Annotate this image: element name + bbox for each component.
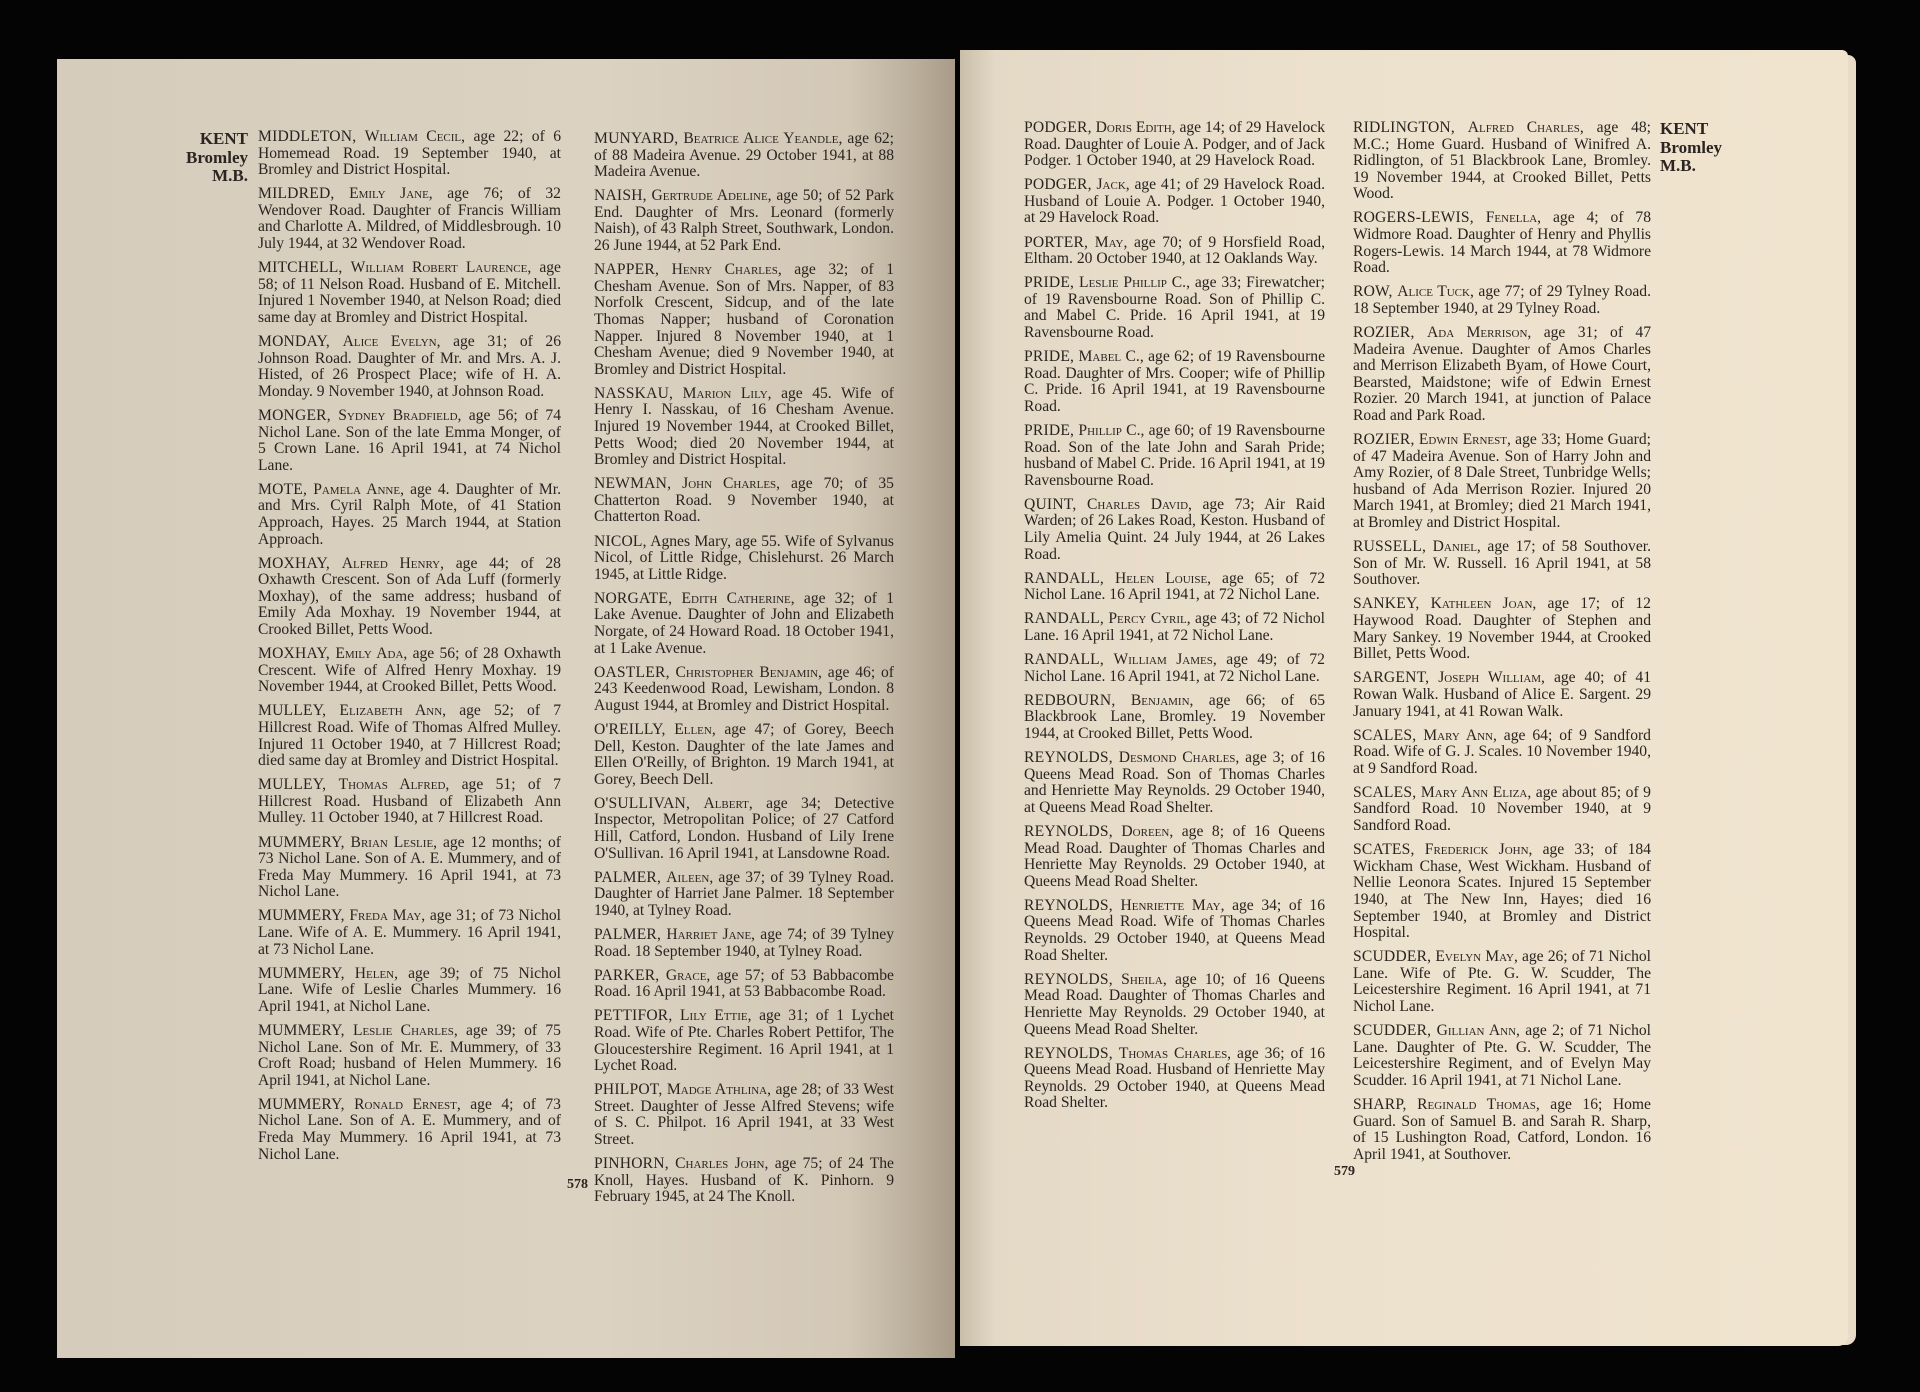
entry-given-names: Ada Merrison, [1427, 324, 1531, 341]
entry-given-names: Ellen, [674, 721, 716, 738]
entry-surname: NORGATE, [594, 590, 672, 607]
entry-surname: PODGER, [1024, 176, 1092, 193]
entry-surname: MOXHAY, [258, 555, 330, 572]
entry-surname: PALMER, [594, 926, 661, 943]
entry-surname: MOTE, [258, 481, 307, 498]
entry-surname: REYNOLDS, [1024, 897, 1113, 914]
entry-given-names: Emily Ada, [335, 645, 407, 662]
entry-given-names: Mary Ann Eliza, [1421, 784, 1531, 801]
casualty-entry: RANDALL, William James, age 49; of 72 Ni… [1024, 652, 1325, 685]
county-label: KENT [1660, 120, 1770, 139]
entry-given-names: Alfred Charles, [1468, 119, 1584, 136]
entry-surname: MULLEY, [258, 776, 326, 793]
casualty-entry: MOXHAY, Alfred Henry, age 44; of 28 Oxha… [258, 556, 561, 639]
entry-surname: RANDALL, [1024, 610, 1104, 627]
casualty-entry: RANDALL, Percy Cyril, age 43; of 72 Nich… [1024, 611, 1325, 644]
entry-surname: MUMMERY, [258, 1096, 345, 1113]
entry-given-names: Charles David, [1087, 496, 1192, 513]
right-margin-label: KENT Bromley M.B. [1660, 120, 1770, 176]
casualty-entry: PALMER, Aileen, age 37; of 39 Tylney Roa… [594, 870, 894, 920]
entry-surname: ROW, [1353, 283, 1393, 300]
entry-given-names: Helen Louise, [1115, 570, 1211, 587]
entry-given-names: Thomas Alfred, [339, 776, 450, 793]
entry-given-names: Benjamin, [1131, 692, 1194, 709]
entry-surname: REYNOLDS, [1024, 1045, 1113, 1062]
entry-surname: ROZIER, [1353, 431, 1415, 448]
casualty-entry: REYNOLDS, Thomas Charles, age 36; of 16 … [1024, 1046, 1325, 1112]
casualty-entry: PARKER, Grace, age 57; of 53 Babbacombe … [594, 968, 894, 1001]
entry-surname: SANKEY, [1353, 595, 1420, 612]
casualty-entry: RIDLINGTON, Alfred Charles, age 48; M.C.… [1353, 120, 1651, 203]
entry-given-names: Aileen, [666, 869, 713, 886]
entry-given-names: Alfred Henry, [342, 555, 444, 572]
entry-given-names: Elizabeth Ann, [339, 702, 446, 719]
entry-surname: NEWMAN, [594, 475, 671, 492]
entry-surname: MUMMERY, [258, 1022, 345, 1039]
entry-given-names: Gertrude Adeline, [652, 187, 772, 204]
entry-surname: REYNOLDS, [1024, 749, 1113, 766]
entry-surname: REYNOLDS, [1024, 971, 1113, 988]
district-type-label: M.B. [1660, 157, 1770, 176]
casualty-entry: ROGERS-LEWIS, Fenella, age 4; of 78 Widm… [1353, 210, 1651, 276]
entry-given-names: Daniel, [1433, 538, 1481, 555]
entry-surname: MONGER, [258, 407, 331, 424]
entry-given-names: Reginald Thomas, [1417, 1096, 1540, 1113]
entry-surname: SCALES, [1353, 727, 1416, 744]
entry-surname: MULLEY, [258, 702, 326, 719]
entry-given-names: Mabel C., [1079, 348, 1144, 365]
entry-surname: MITCHELL, [258, 259, 343, 276]
entry-surname: MUMMERY, [258, 965, 345, 982]
entry-given-names: Fenella, [1486, 209, 1541, 226]
casualty-entry: OASTLER, Christopher Benjamin, age 46; o… [594, 665, 894, 715]
entry-given-names: Doris Edith, [1096, 119, 1176, 136]
casualty-entry: MOXHAY, Emily Ada, age 56; of 28 Oxhawth… [258, 646, 561, 696]
left-margin-label: KENT Bromley M.B. [140, 130, 248, 186]
casualty-entry: NAPPER, Henry Charles, age 32; of 1 Ches… [594, 262, 894, 378]
casualty-entry: MUNYARD, Beatrice Alice Yeandle, age 62;… [594, 131, 894, 181]
casualty-entry: PINHORN, Charles John, age 75; of 24 The… [594, 1156, 894, 1206]
entry-given-names: Thomas Charles, [1119, 1045, 1231, 1062]
casualty-entry: NAISH, Gertrude Adeline, age 50; of 52 P… [594, 188, 894, 254]
entry-given-names: John Charles, [682, 475, 780, 492]
entry-given-names: Grace, [666, 967, 711, 984]
entry-given-names: Percy Cyril, [1108, 610, 1190, 627]
casualty-entry: REDBOURN, Benjamin, age 66; of 65 Blackb… [1024, 693, 1325, 743]
casualty-entry: MULLEY, Thomas Alfred, age 51; of 7 Hill… [258, 777, 561, 827]
entry-given-names: Sydney Bradfield, [338, 407, 461, 424]
entry-given-names: Pamela Anne, [313, 481, 404, 498]
entry-given-names: William Robert Laurence, [351, 259, 532, 276]
entry-surname: PALMER, [594, 869, 661, 886]
casualty-entry: REYNOLDS, Sheila, age 10; of 16 Queens M… [1024, 972, 1325, 1038]
entry-surname: NAPPER, [594, 261, 659, 278]
entry-given-names: Christopher Benjamin, [676, 664, 822, 681]
entry-surname: PODGER, [1024, 119, 1092, 136]
entry-given-names: Ronald Ernest, [354, 1096, 461, 1113]
entry-given-names: Edwin Ernest, [1419, 431, 1511, 448]
entry-surname: MONDAY, [258, 333, 330, 350]
district-label: Bromley [1660, 139, 1770, 158]
entry-surname: RIDLINGTON, [1353, 119, 1455, 136]
entry-surname: NAISH, [594, 187, 647, 204]
casualty-entry: SARGENT, Joseph William, age 40; of 41 R… [1353, 670, 1651, 720]
casualty-entry: REYNOLDS, Henriette May, age 34; of 16 Q… [1024, 898, 1325, 964]
entry-given-names: Alice Evelyn, [343, 333, 441, 350]
entry-surname: ROZIER, [1353, 324, 1415, 341]
casualty-entry: PRIDE, Mabel C., age 62; of 19 Ravensbou… [1024, 349, 1325, 415]
entry-given-names: Alice Tuck, [1397, 283, 1474, 300]
casualty-entry: PALMER, Harriet Jane, age 74; of 39 Tyln… [594, 927, 894, 960]
entry-surname: NICOL, [594, 533, 647, 550]
casualty-entry: SCUDDER, Evelyn May, age 26; of 71 Nicho… [1353, 949, 1651, 1015]
entry-given-names: Kathleen Joan, [1431, 595, 1537, 612]
entry-surname: SCUDDER, [1353, 948, 1431, 965]
left-page-column-2: MUNYARD, Beatrice Alice Yeandle, age 62;… [594, 131, 894, 1213]
entry-surname: O'REILLY, [594, 721, 666, 738]
left-page-column-1: MIDDLETON, William Cecil, age 22; of 6 H… [258, 129, 561, 1171]
entry-given-names: Charles John, [675, 1155, 768, 1172]
casualty-entry: MUMMERY, Helen, age 39; of 75 Nichol Lan… [258, 966, 561, 1016]
entry-surname: SARGENT, [1353, 669, 1429, 686]
entry-surname: ROGERS-LEWIS, [1353, 209, 1474, 226]
entry-given-names: Desmond Charles, [1119, 749, 1240, 766]
entry-surname: RANDALL, [1024, 570, 1104, 587]
entry-surname: PARKER, [594, 967, 659, 984]
casualty-entry: REYNOLDS, Doreen, age 8; of 16 Queens Me… [1024, 824, 1325, 890]
district-type-label: M.B. [140, 167, 248, 186]
casualty-entry: MIDDLETON, William Cecil, age 22; of 6 H… [258, 129, 561, 179]
entry-given-names: Helen, [355, 965, 398, 982]
county-label: KENT [140, 130, 248, 149]
entry-given-names: Jack, [1096, 176, 1129, 193]
casualty-entry: O'REILLY, Ellen, age 47; of Gorey, Beech… [594, 722, 894, 788]
entry-surname: REDBOURN, [1024, 692, 1115, 709]
casualty-entry: MUMMERY, Brian Leslie, age 12 months; of… [258, 835, 561, 901]
casualty-entry: ROZIER, Ada Merrison, age 31; of 47 Made… [1353, 325, 1651, 425]
casualty-entry: MUMMERY, Freda May, age 31; of 73 Nichol… [258, 908, 561, 958]
entry-surname: PRIDE, [1024, 348, 1074, 365]
entry-given-names: Frederick John, [1425, 841, 1533, 858]
casualty-entry: SCALES, Mary Ann Eliza, age about 85; of… [1353, 785, 1651, 835]
casualty-entry: NORGATE, Edith Catherine, age 32; of 1 L… [594, 591, 894, 657]
entry-surname: RUSSELL, [1353, 538, 1426, 555]
casualty-entry: MULLEY, Elizabeth Ann, age 52; of 7 Hill… [258, 703, 561, 769]
entry-surname: MUNYARD, [594, 130, 678, 147]
entry-given-names: Albert, [703, 795, 752, 812]
entry-surname: RANDALL, [1024, 651, 1104, 668]
entry-surname: O'SULLIVAN, [594, 795, 690, 812]
casualty-entry: SCATES, Frederick John, age 33; of 184 W… [1353, 842, 1651, 942]
entry-given-names: William Cecil, [365, 128, 465, 145]
casualty-entry: ROW, Alice Tuck, age 77; of 29 Tylney Ro… [1353, 284, 1651, 317]
entry-surname: REYNOLDS, [1024, 823, 1113, 840]
right-page-column-1: PODGER, Doris Edith, age 14; of 29 Havel… [1024, 120, 1325, 1119]
entry-given-names: Mary Ann, [1423, 727, 1497, 744]
entry-surname: NASSKAU, [594, 385, 673, 402]
casualty-entry: SANKEY, Kathleen Joan, age 17; of 12 Hay… [1353, 596, 1651, 662]
entry-surname: PHILPOT, [594, 1081, 662, 1098]
entry-given-names: Leslie Phillip C., [1079, 274, 1190, 291]
entry-given-names: Gillian Ann, [1437, 1022, 1520, 1039]
entry-given-names: Lily Ettie, [680, 1007, 752, 1024]
casualty-entry: PETTIFOR, Lily Ettie, age 31; of 1 Lyche… [594, 1008, 894, 1074]
entry-surname: SCUDDER, [1353, 1022, 1431, 1039]
entry-surname: MIDDLETON, [258, 128, 356, 145]
casualty-entry: RANDALL, Helen Louise, age 65; of 72 Nic… [1024, 571, 1325, 604]
casualty-entry: MOTE, Pamela Anne, age 4. Daughter of Mr… [258, 482, 561, 548]
casualty-entry: NEWMAN, John Charles, age 70; of 35 Chat… [594, 476, 894, 526]
entry-surname: PORTER, [1024, 234, 1088, 251]
entry-given-names: Leslie Charles, [353, 1022, 458, 1039]
entry-surname: QUINT, [1024, 496, 1076, 513]
casualty-entry: MUMMERY, Ronald Ernest, age 4; of 73 Nic… [258, 1097, 561, 1163]
entry-surname: MILDRED, [258, 185, 335, 202]
entry-given-names: Evelyn May, [1435, 948, 1517, 965]
entry-given-names: Harriet Jane, [666, 926, 755, 943]
entry-surname: OASTLER, [594, 664, 670, 681]
casualty-entry: SCALES, Mary Ann, age 64; of 9 Sandford … [1353, 728, 1651, 778]
entry-given-names: Henry Charles, [672, 261, 782, 278]
casualty-entry: SCUDDER, Gillian Ann, age 2; of 71 Nicho… [1353, 1023, 1651, 1089]
entry-given-names: Phillip C., [1078, 422, 1144, 439]
casualty-entry: ROZIER, Edwin Ernest, age 33; Home Guard… [1353, 432, 1651, 532]
entry-surname: MUMMERY, [258, 834, 345, 851]
entry-given-names: Joseph William, [1438, 669, 1545, 686]
casualty-entry: O'SULLIVAN, Albert, age 34; Detective In… [594, 796, 894, 862]
casualty-entry: PRIDE, Leslie Phillip C., age 33; Firewa… [1024, 275, 1325, 341]
entry-given-names: Madge Athlina, [667, 1081, 771, 1098]
entry-given-names: Brian Leslie, [351, 834, 438, 851]
casualty-entry: MONGER, Sydney Bradfield, age 56; of 74 … [258, 408, 561, 474]
casualty-entry: MILDRED, Emily Jane, age 76; of 32 Wendo… [258, 186, 561, 252]
casualty-entry: REYNOLDS, Desmond Charles, age 3; of 16 … [1024, 750, 1325, 816]
right-page-column-2: RIDLINGTON, Alfred Charles, age 48; M.C.… [1353, 120, 1651, 1171]
casualty-entry: PODGER, Doris Edith, age 14; of 29 Havel… [1024, 120, 1325, 170]
entry-surname: SHARP, [1353, 1096, 1407, 1113]
casualty-entry: MITCHELL, William Robert Laurence, age 5… [258, 260, 561, 326]
entry-given-names: Edith Catherine, [682, 590, 795, 607]
entry-surname: PRIDE, [1024, 274, 1074, 291]
entry-surname: MOXHAY, [258, 645, 330, 662]
casualty-entry: RUSSELL, Daniel, age 17; of 58 Southover… [1353, 539, 1651, 589]
district-label: Bromley [140, 149, 248, 168]
casualty-entry: PHILPOT, Madge Athlina, age 28; of 33 We… [594, 1082, 894, 1148]
casualty-entry: PRIDE, Phillip C., age 60; of 19 Ravensb… [1024, 423, 1325, 489]
entry-surname: PINHORN, [594, 1155, 669, 1172]
casualty-entry: QUINT, Charles David, age 73; Air Raid W… [1024, 497, 1325, 563]
casualty-entry: NASSKAU, Marion Lily, age 45. Wife of He… [594, 386, 894, 469]
page-number-right: 579 [1334, 1164, 1355, 1180]
page-number-left: 578 [567, 1177, 588, 1193]
entry-surname: SCATES, [1353, 841, 1415, 858]
entry-given-names: Emily Jane, [349, 185, 433, 202]
entry-given-names: May, [1095, 234, 1128, 251]
entry-surname: PETTIFOR, [594, 1007, 672, 1024]
entry-details: age 32; of 1 Chesham Avenue. Son of Mrs.… [594, 261, 894, 378]
casualty-entry: NICOL, Agnes Mary, age 55. Wife of Sylva… [594, 534, 894, 584]
entry-surname: SCALES, [1353, 784, 1416, 801]
casualty-entry: PODGER, Jack, age 41; of 29 Havelock Roa… [1024, 177, 1325, 227]
entry-given-names: Doreen, [1121, 823, 1173, 840]
entry-given-names: Henriette May, [1120, 897, 1224, 914]
entry-given-names: Sheila, [1121, 971, 1167, 988]
entry-given-names: William James, [1114, 651, 1217, 668]
entry-given-names: Freda May, [349, 907, 425, 924]
casualty-entry: PORTER, May, age 70; of 9 Horsfield Road… [1024, 235, 1325, 268]
casualty-entry: SHARP, Reginald Thomas, age 16; Home Gua… [1353, 1097, 1651, 1163]
entry-surname: MUMMERY, [258, 907, 345, 924]
entry-given-names: Beatrice Alice Yeandle, [683, 130, 842, 147]
entry-given-names: Marion Lily, [683, 385, 772, 402]
casualty-entry: MUMMERY, Leslie Charles, age 39; of 75 N… [258, 1023, 561, 1089]
casualty-entry: MONDAY, Alice Evelyn, age 31; of 26 John… [258, 334, 561, 400]
entry-surname: PRIDE, [1024, 422, 1074, 439]
